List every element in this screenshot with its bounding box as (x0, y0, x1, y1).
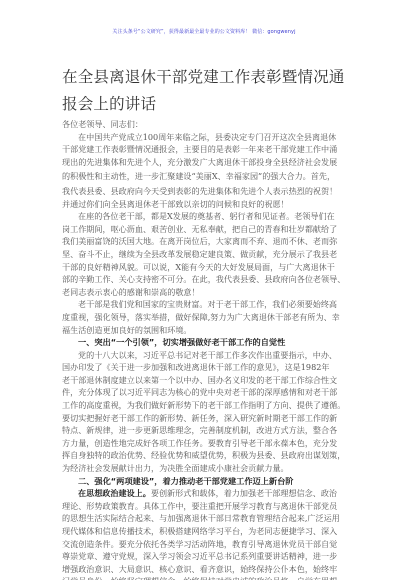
page-title: 在全县离退休干部党建工作表彰暨情况通报会上的讲话 (62, 64, 354, 118)
section-heading-1: 一、突出“一个引领”，切实增强做好老干部工作的自觉性 (62, 336, 350, 349)
paragraph-line: 度重视，强化领导，落实举措，做好保障,努力为广大离退休干部老有所为、幸 (62, 311, 350, 324)
paragraph-lead: 在思想政治建设上。 (78, 488, 151, 498)
paragraph-line: 党的十八大以来，习近平总书记对老干部工作多次作出重要指示，中办、 (62, 349, 350, 362)
paragraph-text: 要创新形式和载体，着力加强老干部理想信念、政治 (151, 488, 337, 498)
paragraph-line: 记党员身份，始终坚定理想信念，始终保持对党忠诚的政治品格，自觉在思想 (62, 575, 350, 580)
paragraph-line: 国办印发了《关于进一步加强和改进离退休干部工作的意见》，这是1982年 (62, 361, 350, 374)
paragraph-line: 老干部是我们党和国家的宝贵财富。对于老干部工作，我们必须要始终高 (62, 298, 350, 311)
paragraph-line: 现出的先进集体和先进个人，充分激发广大离退休干部投身全县经济社会发展 (62, 156, 350, 169)
paragraph-line: 福生活创造更加良好的氛围和环境。 (62, 324, 350, 337)
paragraph-line: 在中国共产党成立100周年来临之际，县委决定专门召开这次全县离退休 (62, 131, 350, 144)
paragraph-line: 老同志表示衷心的感谢和崇高的敬意！ (62, 286, 350, 299)
paragraph-line: 增强政治意识、大局意识、核心意识、看齐意识，始终保持公仆本色，始终牢 (62, 563, 350, 576)
salutation: 各位老领导、同志们： (62, 118, 350, 131)
paragraph-line: 为经济社会发展献计出力，为决胜全面建成小康社会贡献力量。 (62, 462, 350, 475)
paragraph-line: 件，充分体现了以习近平同志为核心的党中央对老干部的深厚感情和对老干部 (62, 386, 350, 399)
paragraph-line: 我们美丽富饶的沃国大地。在离开岗位后，大家离而不弃、退而不休、老而弥 (62, 235, 350, 248)
paragraph-line: 理论、形势政策教育。具体工作中，要注重把开展学习教育与离退休干部党员 (62, 500, 350, 513)
paragraph-line: 岗工作期间，呕心沥血、艰苦创业、无私奉献，把自己的青春和壮岁都献给了 (62, 223, 350, 236)
paragraph-line: 部的辛勤工作、关心支持密不可分。在此，我代表县委、县政府向各位老领导、 (62, 273, 350, 286)
paragraph-line: 特点、新规律，进一步更新思维理念，完善制度机制，改进方式方法，整合各 (62, 424, 350, 437)
paragraph-line: 挥自身独特的政治优势、经验优势和威望优势，积极为县委、县政府出谋划策， (62, 449, 350, 462)
paragraph-line: 交流创造条件。要充分依托各类学习活动阵地，教育引导离退休党员干部自觉 (62, 538, 350, 551)
paragraph-line: 要切实把握好老干部工作的新形势、新任务，深入研究新时期老干部工作的新 (62, 412, 350, 425)
promo-banner: 关注头条号“公文研究”，获得最新最全最专业的公文资料库！ 微信：gongweny… (0, 28, 408, 35)
paragraph-line: 现代媒体和信息传播技术，积极搭建网络学习平台，为老同志便捷学习、深入 (62, 525, 350, 538)
paragraph-line: 我代表县委、县政府向今天受到表彰的先进集体和先进个人表示热烈的祝贺！ (62, 185, 350, 198)
section-heading-2: 二、强化“两项建设”，着力推动老干部党建工作迈上新台阶 (62, 475, 350, 488)
paragraph-line: 在思想政治建设上。要创新形式和载体，着力加强老干部理想信念、政治 (62, 487, 350, 500)
paragraph-line: 干部党建工作表彰暨情况通报会，主要目的是表彰一年来老干部党建工作中涌 (62, 143, 350, 156)
paragraph-line: 的积极性和主动性，进一步汇聚建设“美丽X、幸福家园”的强大合力。首先， (62, 170, 350, 183)
paragraph-line: 的思想生活实际结合起来、与加强离退休干部日常教育管理结合起来,广泛运用 (62, 512, 350, 525)
paragraph-line: 坚、奋斗不止，继续为全县改革发展稳定建良策、做贡献，充分展示了我县老 (62, 248, 350, 261)
paragraph-line: 在座的各位老干部，都是X发展的奠基者、躬行者和见证者。老领导们在 (62, 210, 350, 223)
document-body: 各位老领导、同志们： 在中国共产党成立100周年来临之际，县委决定专门召开这次全… (62, 118, 350, 580)
paragraph-line: 干部的良好精神风貌。可以说，X能有今天的大好发展局面，与广大离退休干 (62, 261, 350, 274)
paragraph-line: 工作的高度重视，为我们做好新形势下的老干部工作指明了方向、提供了遵循。 (62, 399, 350, 412)
paragraph-line: 方力量，创造性地完成好各项工作任务。要教育引导老干部永葆本色，充分发 (62, 437, 350, 450)
paragraph-line: 尊崇党章、遵守党规，深入学习领会习近平总书记系列重要讲话精神，进一步 (62, 550, 350, 563)
paragraph-line: 老干部退休制度建立以来第一个以中办、国办名义印发的老干部工作综合性文 (62, 374, 350, 387)
paragraph-line: 并通过你们向全县离退休老干部致以亲切的问候和良好的祝愿！ (62, 198, 350, 211)
